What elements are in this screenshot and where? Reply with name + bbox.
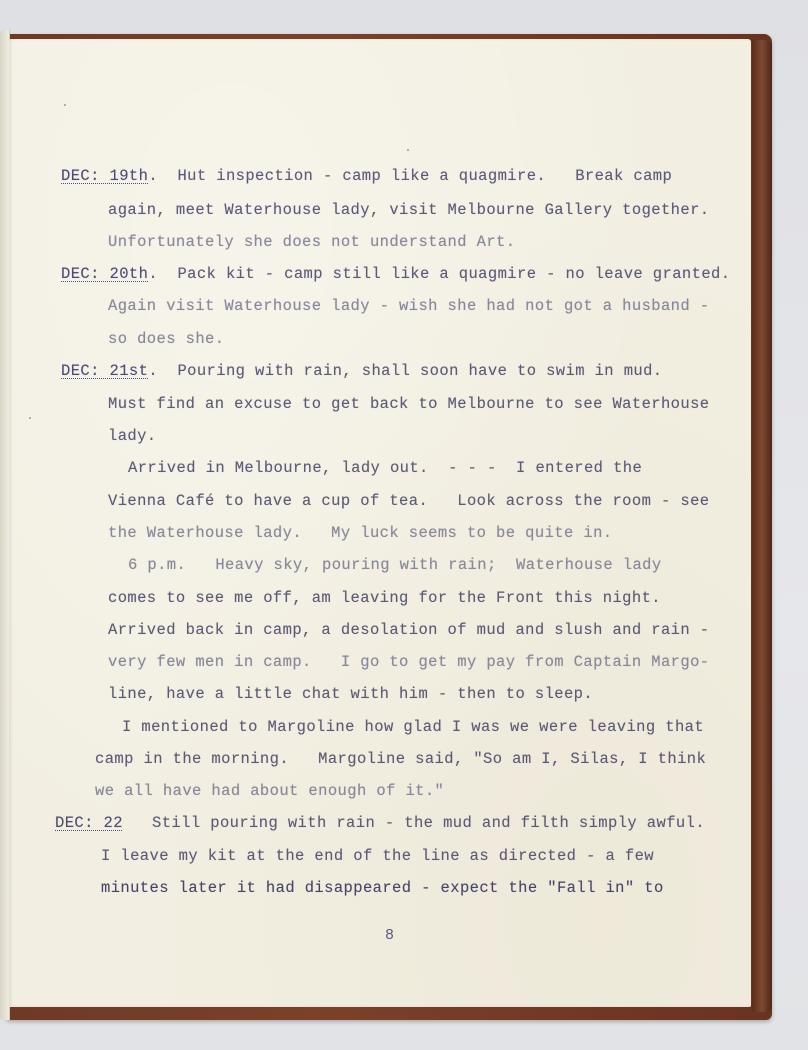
paragraph-margoline-line-2: camp in the morning. Margoline said, "So… bbox=[95, 750, 706, 768]
paper-speck bbox=[29, 417, 31, 419]
entry-date: DEC: 22 bbox=[55, 814, 123, 832]
entry-dec-21-line-3: lady. bbox=[108, 427, 157, 445]
typewritten-text: DEC: 19th. Hut inspection - camp like a … bbox=[9, 39, 751, 1007]
paragraph-margoline-line-1: I mentioned to Margoline how glad I was … bbox=[122, 718, 704, 736]
entry-date: DEC: 20th bbox=[61, 265, 148, 283]
paragraph-6pm-line-2: comes to see me off, am leaving for the … bbox=[108, 589, 661, 607]
paragraph-6pm-line-4: very few men in camp. I go to get my pay… bbox=[108, 653, 710, 671]
entry-dec-20-line-1: DEC: 20th. Pack kit - camp still like a … bbox=[61, 265, 730, 283]
paragraph-arrived-line-1: Arrived in Melbourne, lady out. - - - I … bbox=[128, 459, 642, 477]
entry-dec-20-line-2: Again visit Waterhouse lady - wish she h… bbox=[108, 297, 710, 315]
entry-dec-21-line-1: DEC: 21st. Pouring with rain, shall soon… bbox=[61, 362, 663, 380]
cover-edge bbox=[752, 40, 772, 1012]
paper-speck bbox=[407, 149, 409, 151]
entry-dec-21-line-2: Must find an excuse to get back to Melbo… bbox=[108, 395, 710, 413]
entry-dec-20-line-3: so does she. bbox=[108, 330, 224, 348]
entry-date: DEC: 21st bbox=[61, 362, 148, 380]
entry-dec-22-line-1: DEC: 22 Still pouring with rain - the mu… bbox=[55, 814, 705, 832]
paragraph-6pm-line-3: Arrived back in camp, a desolation of mu… bbox=[108, 621, 710, 639]
entry-dec-19-line-3: Unfortunately she does not understand Ar… bbox=[108, 233, 515, 251]
paragraph-arrived-line-2: Vienna Café to have a cup of tea. Look a… bbox=[108, 492, 710, 510]
entry-date: DEC: 19th bbox=[61, 167, 148, 185]
paragraph-arrived-line-3: the Waterhouse lady. My luck seems to be… bbox=[108, 524, 612, 542]
paragraph-margoline-line-3: we all have had about enough of it." bbox=[95, 782, 444, 800]
paragraph-6pm-line-1: 6 p.m. Heavy sky, pouring with rain; Wat… bbox=[128, 556, 662, 574]
diary-page: DEC: 19th. Hut inspection - camp like a … bbox=[9, 39, 751, 1007]
paragraph-6pm-line-5: line, have a little chat with him - then… bbox=[108, 685, 593, 703]
entry-dec-19-line-1: DEC: 19th. Hut inspection - camp like a … bbox=[61, 167, 672, 185]
paper-speck bbox=[64, 104, 66, 106]
entry-dec-19-line-2: again, meet Waterhouse lady, visit Melbo… bbox=[108, 201, 710, 219]
entry-dec-22-line-2: I leave my kit at the end of the line as… bbox=[101, 847, 654, 865]
entry-dec-22-line-3: minutes later it had disappeared - expec… bbox=[101, 879, 664, 897]
page-number: 8 bbox=[385, 927, 394, 944]
